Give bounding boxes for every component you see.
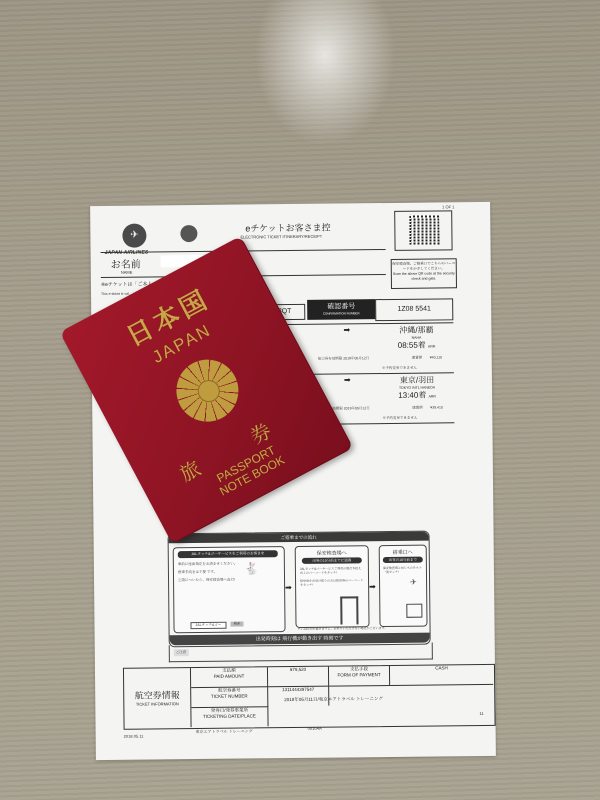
fare: ¥39,410 — [430, 405, 443, 409]
gate-reader-icon — [406, 604, 422, 618]
airplane-icon: ✈ — [410, 578, 417, 587]
confirmation-label: 確認番号 CONFIRMATION NUMBER — [307, 299, 375, 320]
flow-panel-touch-go: JALタッチ&ゴーサービスをご利用のお客さま 事前に座席指定をお済ませください。… — [173, 546, 286, 633]
issue-number: 11 — [479, 711, 483, 716]
qr-code-box — [394, 210, 452, 251]
panel2-title: 保安検査場へ — [296, 549, 368, 557]
arr-label: ARR — [428, 345, 435, 349]
search-button: 検索 — [230, 622, 243, 627]
panel2-pill: 出発の15分前までに通過 — [302, 557, 362, 564]
dest-city: 東京/羽田 — [377, 374, 457, 386]
flow-panel-gate: 搭乗口へ 出発の10分前まで 保安検査場と同じものをもう一度タッチ! ✈ — [379, 545, 428, 627]
search-box: JALタッチ&ゴー — [190, 622, 226, 629]
fare-label: 運賃額 — [412, 356, 423, 361]
panel3-pill: 出発の10分前まで — [383, 557, 423, 563]
section-title-en: TICKET INFORMATION — [124, 701, 190, 707]
label-en: TICKET NUMBER — [191, 693, 267, 699]
change-note: ※予約変更できません — [382, 416, 417, 421]
panel2-line: JALタッチ&ゴーサービスご利用の場合本控え右上のバーコードをタッチ! — [300, 566, 364, 575]
footer-agency: 東京エアトラベル トレーニング — [196, 728, 253, 735]
dest-city: 沖縄/那覇 — [381, 324, 451, 336]
ticket-number-label: 航空券番号 TICKET NUMBER — [191, 687, 268, 708]
fare-label: 運賃額 — [412, 406, 423, 411]
flow-header: ご搭乗までの流れ — [169, 532, 429, 544]
oneworld-logo-icon — [180, 225, 197, 242]
panel1-line: 搭乗手続きは不要 です。 — [178, 570, 217, 575]
ticket-subtitle: ELECTRONIC TICKET ITINERARY/RECEIPT — [240, 234, 322, 240]
footer-date: 2018.05.11 — [124, 734, 144, 739]
rabbit-mascot-icon: 🐇 — [244, 561, 259, 575]
section-title: 航空券情報 — [124, 688, 190, 702]
flight-2-destination: 東京/羽田 TOKYO INTL HANEDA 13:40着 ARR — [377, 374, 457, 401]
qr-code-icon — [409, 214, 439, 244]
flow-footnote: ※上記時刻を過ぎますと、お乗りいただけない場合がございます。 — [298, 626, 388, 631]
panel1-line: 空港についたら、保安検査場へ直行! — [178, 578, 235, 584]
confirmation-label-jp: 確認番号 — [307, 299, 375, 312]
panel2-line: 搭乗券をお受け取りの方は搭乗券のバーコードをタッチ! — [300, 578, 364, 587]
caution-label: ご注意 — [174, 649, 189, 656]
paid-amount: ¥79,520 — [268, 667, 329, 688]
caution-box: ご注意 — [169, 643, 433, 663]
form-of-payment-label: 支払手段 FORM OF PAYMENT — [329, 666, 390, 687]
label-en: TICKETING DATE/PLACE — [191, 713, 267, 719]
confirmation-number: 1Z08 5541 — [375, 298, 453, 321]
validity: 航空券有効期限 2019年05月12日 — [318, 356, 370, 362]
arrow-right-icon: ➡ — [344, 375, 351, 384]
qr-note-en: Scan the above QR code at the security c… — [392, 271, 456, 282]
flight-1-destination: 沖縄/那覇 NAHA 08:55着 ARR — [381, 324, 451, 351]
security-gate-icon — [340, 596, 358, 624]
panel1-line: 事前に座席指定をお済ませください。 — [178, 562, 238, 568]
qr-note-jp: 保安検査場、ご搭乗口でこちらのバーコードをかざしてください。 — [392, 261, 456, 272]
page-indicator: 1 OF 1 — [442, 204, 454, 209]
chrysanthemum-crest-icon — [165, 349, 249, 433]
issue-value: 2018年05月11日/東京エアトラベル トレーニング — [284, 696, 383, 703]
issue-label: 発券日/発券事業所 TICKETING DATE/PLACE — [191, 707, 268, 727]
ticket-title: eチケットお客さま控 — [245, 221, 330, 235]
panel3-title: 搭乗口へ — [380, 549, 426, 556]
change-note: ※予約変更できません — [382, 366, 417, 371]
name-label-en: NAME — [121, 270, 133, 275]
arrival-time: 08:55着 — [398, 341, 426, 350]
panel3-line: 保安検査場と同じものをもう一度タッチ! — [383, 566, 423, 574]
ticket-information-table: 航空券情報 TICKET INFORMATION 支払額 PAID AMOUNT… — [123, 664, 496, 730]
arrow-right-icon: ➡ — [343, 325, 350, 334]
qr-note: 保安検査場、ご搭乗口でこちらのバーコードをかざしてください。 Scan the … — [391, 258, 457, 289]
label-en: PAID AMOUNT — [191, 673, 267, 679]
section-cell: 航空券情報 TICKET INFORMATION — [124, 668, 192, 728]
confirmation-label-en: CONFIRMATION NUMBER — [307, 311, 375, 316]
flow-panel-security: 保安検査場へ 出発の15分前までに通過 JALタッチ&ゴーサービスご利用の場合本… — [295, 545, 370, 628]
fare: ¥40,110 — [430, 355, 442, 359]
arrow-right-icon: ➡ — [285, 583, 292, 592]
panel1-title: JALタッチ&ゴーサービスをご利用のお客さま — [178, 550, 278, 558]
arrival-time: 13:40着 — [398, 391, 426, 400]
label-en: FORM OF PAYMENT — [329, 672, 389, 678]
jal-crane-logo-icon: ✈ — [122, 224, 146, 248]
footer-code: 0010AA — [308, 726, 322, 731]
boarding-flow-box: ご搭乗までの流れ JALタッチ&ゴーサービスをご利用のお客さま 事前に座席指定を… — [168, 531, 431, 648]
form-of-payment: CASH — [390, 665, 493, 686]
name-label: お名前 — [111, 256, 141, 271]
arrow-right-icon: ➡ — [369, 582, 376, 591]
paid-amount-label: 支払額 PAID AMOUNT — [191, 667, 268, 688]
arr-label: ARR — [429, 394, 436, 398]
